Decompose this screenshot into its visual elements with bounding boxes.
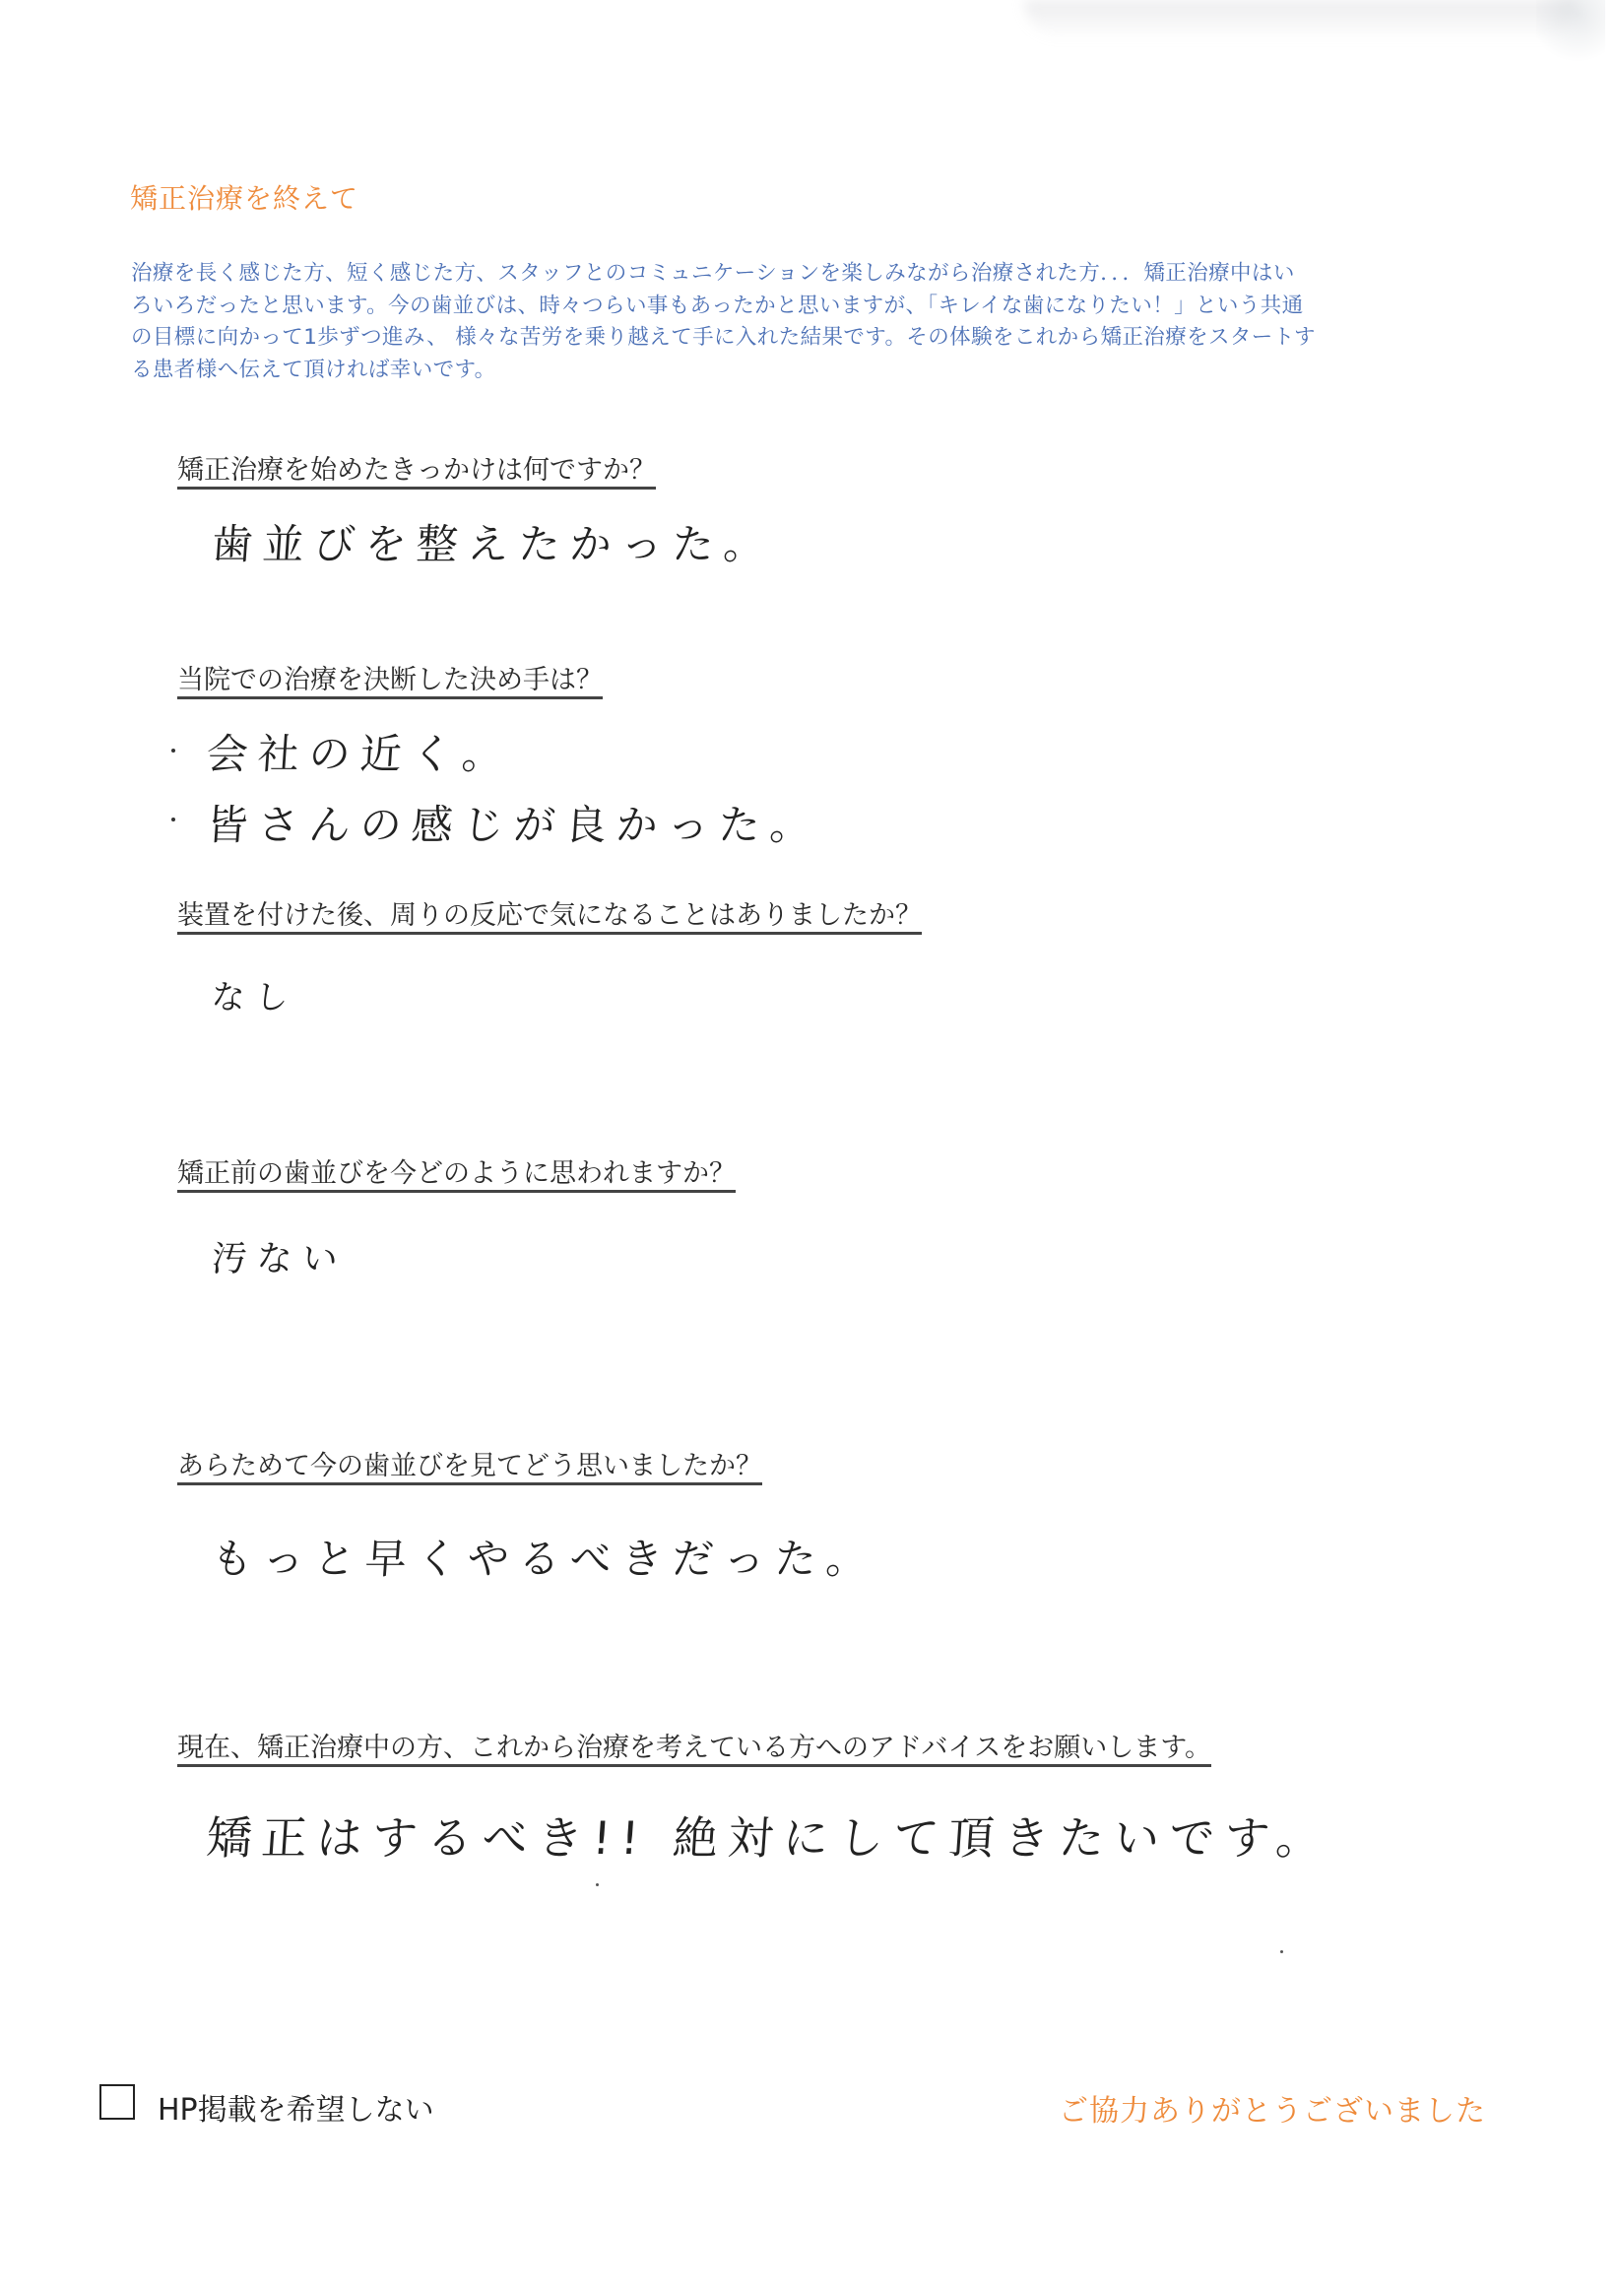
answer-1: 歯並びを整えたかった。 — [210, 512, 777, 571]
scan-speck — [1280, 1950, 1283, 1953]
scan-artifact-corner — [1536, 0, 1605, 69]
answer-5: もっと早くやるべきだった。 — [210, 1527, 879, 1586]
intro-line: る患者様へ伝えて頂ければ幸いです。 — [131, 355, 1495, 387]
hp-opt-out-checkbox[interactable] — [99, 2084, 135, 2120]
hp-opt-out-label[interactable]: HP掲載を希望しない — [158, 2085, 434, 2129]
intro-line: ろいろだったと思います。今の歯並びは、時々つらい事もあったかと思いますが、「キレ… — [131, 291, 1495, 323]
intro-paragraph: 治療を長く感じた方、短く感じた方、スタッフとのコミュニケーションを楽しみながら治… — [131, 258, 1495, 386]
bullet-dot — [171, 749, 175, 753]
question-3: 装置を付けた後、周りの反応で気になることはありましたか？ — [177, 901, 922, 935]
page-title: 矯正治療を終えて — [130, 177, 358, 217]
answer-2-line-1: 会社の近く。 — [205, 722, 515, 781]
bullet-dot — [171, 818, 175, 821]
scan-artifact — [1024, 0, 1576, 39]
question-5: あらためて今の歯並びを見てどう思いましたか？ — [177, 1452, 762, 1485]
intro-line: の目標に向かって1歩ずつ進み、 様々な苦労を乗り越えて手に入れた結果です。その体… — [131, 322, 1495, 355]
answer-2-line-2: 皆さんの感じが良かった。 — [205, 793, 823, 852]
scan-speck — [596, 1883, 599, 1886]
question-4: 矯正前の歯並びを今どのように思われますか？ — [177, 1159, 736, 1193]
question-6: 現在、矯正治療中の方、これから治療を考えている方へのアドバイスをお願いします。 — [177, 1734, 1211, 1767]
answer-3: なし — [210, 970, 299, 1018]
intro-line: 治療を長く感じた方、短く感じた方、スタッフとのコミュニケーションを楽しみながら治… — [131, 258, 1495, 291]
thanks-message: ご協力ありがとうございました — [1059, 2086, 1486, 2130]
question-1: 矯正治療を始めたきっかけは何ですか？ — [177, 456, 656, 490]
question-2: 当院での治療を決断した決め手は？ — [177, 666, 603, 699]
answer-4: 汚ない — [210, 1231, 350, 1281]
answer-6: 矯正はするべき!! 絶対にして頂きたいです。 — [205, 1803, 1333, 1868]
